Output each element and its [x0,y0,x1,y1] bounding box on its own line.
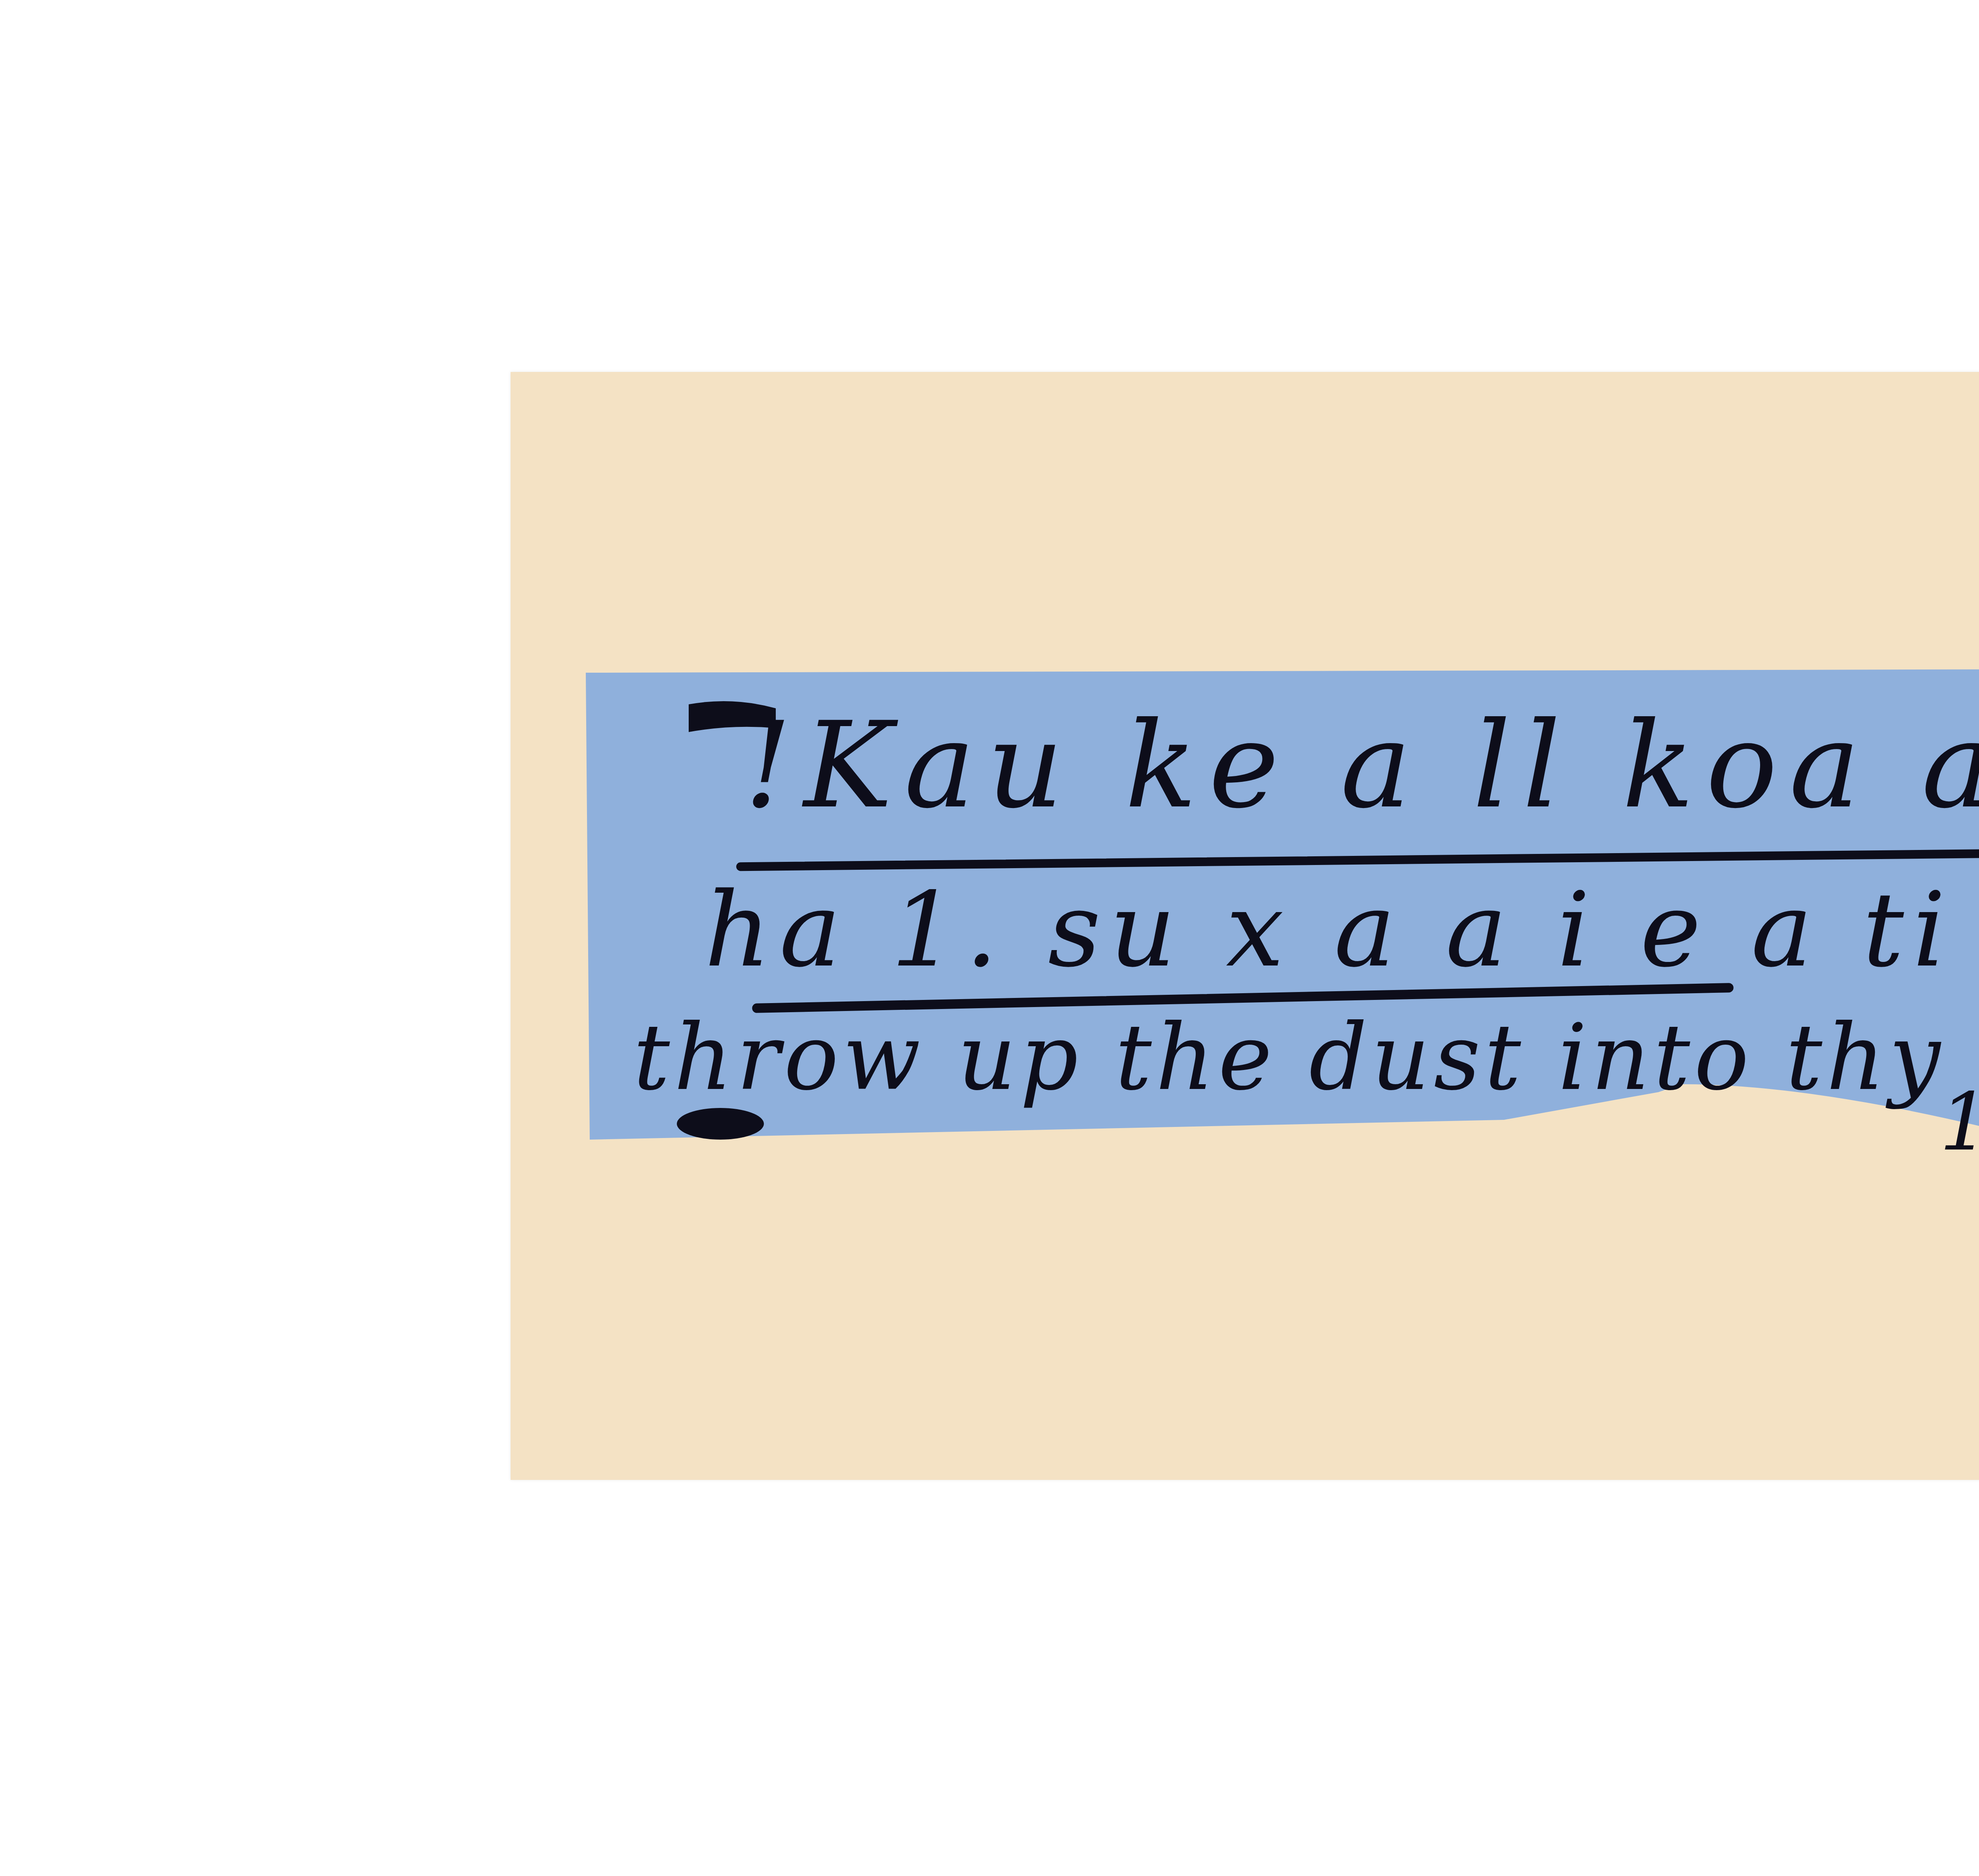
handwriting-line-3: throw up the dust into thy eyes" [633,1005,1979,1111]
handwriting-line-1: !Kau ke a ll koa a i e [744,696,1979,835]
handwriting-line-2: ha 1. su x a a i e a ti "beaten [705,871,1979,990]
handwriting-line-4: 14 [1939,1076,1979,1168]
